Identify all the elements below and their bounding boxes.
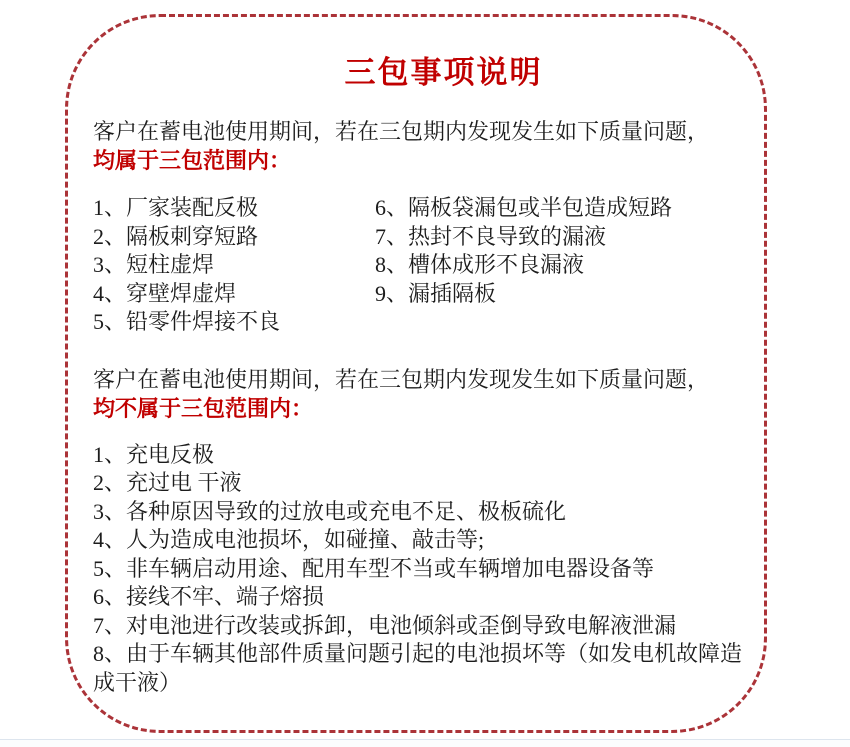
list-item: 2、隔板刺穿短路 xyxy=(93,223,375,252)
list-item: 2、充过电 干液 xyxy=(93,469,755,498)
covered-list: 1、厂家装配反极 2、隔板刺穿短路 3、短柱虚焊 4、穿壁焊虚焊 5、铅零件焊接… xyxy=(93,194,750,337)
warranty-notice-card: 三包事项说明 客户在蓄电池使用期间，若在三包期内发现发生如下质量问题， 均属于三… xyxy=(65,14,767,733)
page: 三包事项说明 客户在蓄电池使用期间，若在三包期内发现发生如下质量问题， 均属于三… xyxy=(0,0,850,747)
list-item: 4、人为造成电池损坏，如碰撞、敲击等; xyxy=(93,526,755,555)
bottom-divider xyxy=(0,739,850,747)
not-covered-intro: 客户在蓄电池使用期间，若在三包期内发现发生如下质量问题， xyxy=(93,365,750,394)
list-item: 7、对电池进行改装或拆卸，电池倾斜或歪倒导致电解液泄漏 xyxy=(93,612,755,641)
list-item: 1、厂家装配反极 xyxy=(93,194,375,223)
list-item: 4、穿壁焊虚焊 xyxy=(93,280,375,309)
covered-list-left-column: 1、厂家装配反极 2、隔板刺穿短路 3、短柱虚焊 4、穿壁焊虚焊 5、铅零件焊接… xyxy=(93,194,375,337)
list-item: 8、槽体成形不良漏液 xyxy=(375,251,750,280)
list-item: 7、热封不良导致的漏液 xyxy=(375,223,750,252)
not-covered-list: 1、充电反极 2、充过电 干液 3、各种原因导致的过放电或充电不足、极板硫化 4… xyxy=(93,441,755,698)
not-covered-subhead: 均不属于三包范围内： xyxy=(93,394,750,423)
covered-section: 客户在蓄电池使用期间，若在三包期内发现发生如下质量问题， 均属于三包范围内： 1… xyxy=(93,117,750,337)
list-item: 9、漏插隔板 xyxy=(375,280,750,309)
covered-subhead: 均属于三包范围内： xyxy=(93,146,750,175)
page-title: 三包事项说明 xyxy=(115,53,772,93)
list-item: 3、各种原因导致的过放电或充电不足、极板硫化 xyxy=(93,498,755,527)
list-item: 5、非车辆启动用途、配用车型不当或车辆增加电器设备等 xyxy=(93,555,755,584)
list-item: 3、短柱虚焊 xyxy=(93,251,375,280)
covered-list-right-column: 6、隔板袋漏包或半包造成短路 7、热封不良导致的漏液 8、槽体成形不良漏液 9、… xyxy=(375,194,750,337)
not-covered-section: 客户在蓄电池使用期间，若在三包期内发现发生如下质量问题， 均不属于三包范围内： … xyxy=(93,365,750,698)
list-item: 6、隔板袋漏包或半包造成短路 xyxy=(375,194,750,223)
list-item: 1、充电反极 xyxy=(93,441,755,470)
covered-intro: 客户在蓄电池使用期间，若在三包期内发现发生如下质量问题， xyxy=(93,117,750,146)
list-item: 8、由于车辆其他部件质量问题引起的电池损坏等（如发电机故障造成干液） xyxy=(93,640,755,697)
list-item: 6、接线不牢、端子熔损 xyxy=(93,583,755,612)
list-item: 5、铅零件焊接不良 xyxy=(93,308,375,337)
